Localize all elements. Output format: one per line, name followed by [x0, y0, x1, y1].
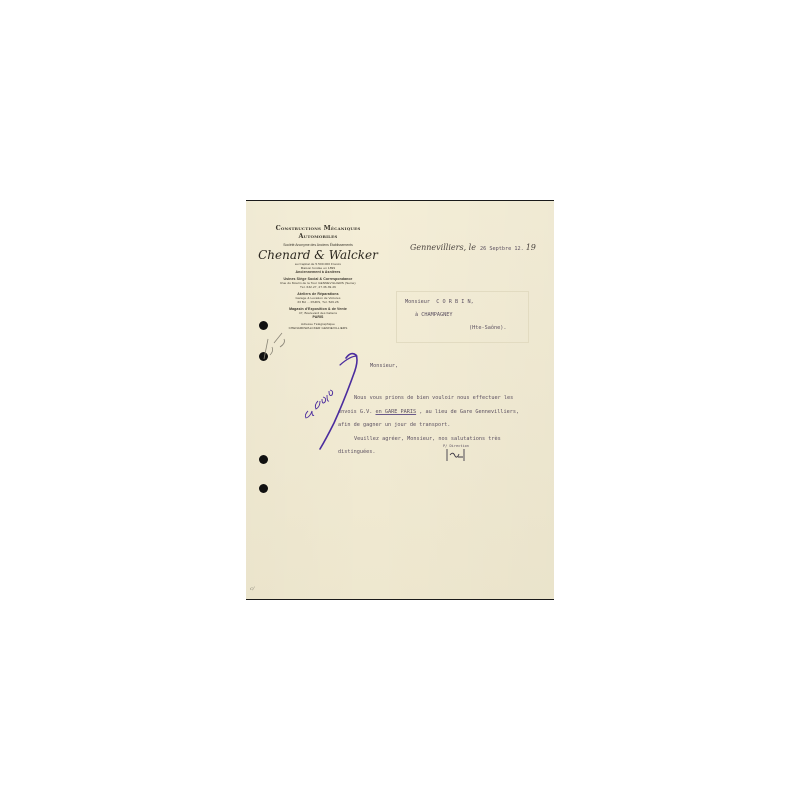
place-date-line: Gennevilliers, le26 Septbre 12.19 [410, 237, 536, 255]
punch-hole [259, 455, 268, 464]
recipient-region: (Hte-Saône). [469, 325, 506, 332]
letter-date: 26 Septbre 12. [480, 246, 524, 252]
letterhead-subtitle: Société Anonyme des Anciens Établissemen… [254, 243, 382, 247]
corner-mark: c/ [250, 586, 255, 592]
underlined-destination: en GARE PARIS [375, 409, 416, 415]
letterhead-title-2: Automobiles [254, 233, 382, 241]
body-line: Nous vous prions de bien vouloir nous ef… [354, 395, 513, 402]
year-suffix: 19 [526, 243, 536, 252]
letter-page: Constructions Mécaniques Automobiles Soc… [246, 200, 554, 600]
closing-line: Veuillez agréer, Monsieur, nos salutatio… [354, 436, 501, 443]
recipient-town: à CHAMPAGNEY [415, 312, 452, 319]
body-text: , au lieu de Gare Gennevilliers, [416, 409, 519, 415]
handwritten-annotation-icon [296, 341, 368, 451]
letterhead-works-phone: Tél. 632.27, 27.36.39.26 [254, 285, 382, 289]
salutation: Monsieur, [370, 363, 398, 370]
pencil-date-icon [260, 329, 290, 363]
signature-icon [444, 447, 468, 463]
company-brand: Chenard & Walcker [254, 248, 382, 262]
letterhead: Constructions Mécaniques Automobiles Soc… [254, 225, 382, 330]
punch-hole [259, 484, 268, 493]
place-name: Gennevilliers, le [410, 243, 476, 252]
letterhead-formerly: Anciennement à Asnières [254, 270, 382, 274]
recipient-name: Monsieur C O R B I N, [405, 299, 474, 306]
letterhead-showroom-city: PARIS [254, 315, 382, 319]
recipient-address-box: Monsieur C O R B I N, à CHAMPAGNEY (Hte-… [396, 291, 529, 343]
letterhead-repair-address: 33 Bd ... PARIS, Tél. 526.26 [254, 300, 382, 304]
